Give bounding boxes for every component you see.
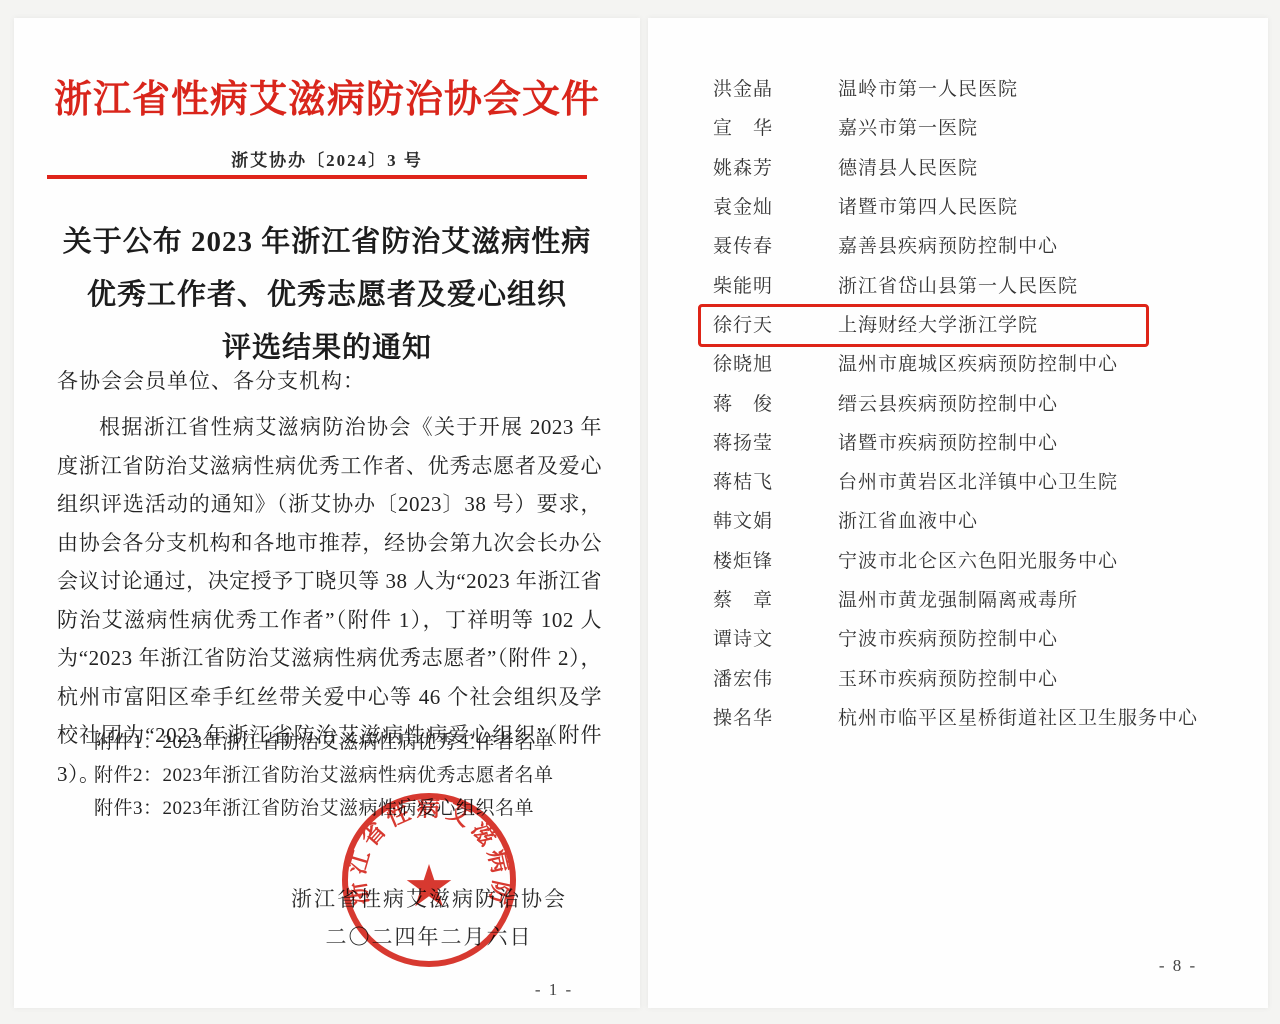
awardee-row: 徐行天 上海财经大学浙江学院 [648, 304, 1268, 343]
awardee-organization: 嘉善县疾病预防控制中心 [838, 231, 1058, 258]
awardee-row: 蔡 章 温州市黄龙强制隔离戒毒所 [648, 579, 1268, 618]
awardee-organization: 杭州市临平区星桥街道社区卫生服务中心 [838, 703, 1198, 730]
signature-block: 浙江省性病艾滋病防治协会 二〇二四年二月六日 [274, 880, 584, 956]
awardee-organization: 浙江省岱山县第一人民医院 [838, 271, 1078, 298]
page-number-right: - 8 - [1138, 956, 1218, 976]
awardee-organization: 宁波市北仑区六色阳光服务中心 [838, 546, 1118, 573]
awardee-name: 徐行天 [713, 310, 838, 337]
awardee-row: 蒋桔飞 台州市黄岩区北洋镇中心卫生院 [648, 461, 1268, 500]
document-title-line: 关于公布 2023 年浙江省防治艾滋病性病 [34, 216, 620, 269]
attachment-item: 附件2：2023年浙江省防治艾滋病性病优秀志愿者名单 [94, 759, 614, 792]
awardee-row: 韩文娟 浙江省血液中心 [648, 500, 1268, 539]
awardee-organization: 诸暨市第四人民医院 [838, 192, 1018, 219]
document-title-line: 优秀工作者、优秀志愿者及爱心组织 [34, 269, 620, 322]
awardee-organization: 温岭市第一人民医院 [838, 74, 1018, 101]
org-header-title: 浙江省性病艾滋病防治协会文件 [14, 68, 640, 123]
awardee-row: 蒋扬莹 诸暨市疾病预防控制中心 [648, 422, 1268, 461]
document-page-1: 浙江省性病艾滋病防治协会文件 浙艾协办〔2024〕3 号 关于公布 2023 年… [14, 18, 640, 1008]
awardee-row: 操名华 杭州市临平区星桥街道社区卫生服务中心 [648, 697, 1268, 736]
scanned-document-canvas: 浙江省性病艾滋病防治协会文件 浙艾协办〔2024〕3 号 关于公布 2023 年… [0, 0, 1280, 1024]
awardee-row: 潘宏伟 玉环市疾病预防控制中心 [648, 657, 1268, 696]
awardee-row: 宣 华 嘉兴市第一医院 [648, 107, 1268, 146]
awardee-name: 洪金晶 [713, 74, 838, 101]
awardee-row: 柴能明 浙江省岱山县第一人民医院 [648, 264, 1268, 303]
awardee-name: 蒋 俊 [713, 389, 838, 416]
awardee-name: 蒋扬莹 [713, 428, 838, 455]
attachment-item: 附件1：2023年浙江省防治艾滋病性病优秀工作者名单 [94, 726, 614, 759]
awardee-name: 蒋桔飞 [713, 467, 838, 494]
salutation: 各协会会员单位、各分支机构： [57, 365, 617, 395]
doc-number: 浙艾协办〔2024〕3 号 [14, 146, 640, 171]
awardee-row: 蒋 俊 缙云县疾病预防控制中心 [648, 382, 1268, 421]
awardee-row: 谭诗文 宁波市疾病预防控制中心 [648, 618, 1268, 657]
awardee-name: 楼炬锋 [713, 546, 838, 573]
awardee-name: 宣 华 [713, 113, 838, 140]
awardee-organization: 宁波市疾病预防控制中心 [838, 624, 1058, 651]
awardee-list: 洪金晶 温岭市第一人民医院 宣 华 嘉兴市第一医院 姚森芳 德清县人民医院 袁金… [648, 68, 1268, 736]
awardee-organization: 上海财经大学浙江学院 [838, 310, 1038, 337]
awardee-name: 蔡 章 [713, 585, 838, 612]
awardee-row: 聂传春 嘉善县疾病预防控制中心 [648, 225, 1268, 264]
awardee-organization: 台州市黄岩区北洋镇中心卫生院 [838, 467, 1118, 494]
awardee-name: 潘宏伟 [713, 664, 838, 691]
awardee-name: 聂传春 [713, 231, 838, 258]
red-divider-rule [47, 175, 587, 179]
document-page-8: 洪金晶 温岭市第一人民医院 宣 华 嘉兴市第一医院 姚森芳 德清县人民医院 袁金… [648, 18, 1268, 1008]
document-title: 关于公布 2023 年浙江省防治艾滋病性病 优秀工作者、优秀志愿者及爱心组织 评… [34, 216, 620, 375]
attachment-item: 附件3：2023年浙江省防治艾滋病性病爱心组织名单 [94, 792, 614, 825]
signature-org: 浙江省性病艾滋病防治协会 [274, 880, 584, 918]
awardee-name: 徐晓旭 [713, 349, 838, 376]
awardee-organization: 诸暨市疾病预防控制中心 [838, 428, 1058, 455]
awardee-row: 袁金灿 诸暨市第四人民医院 [648, 186, 1268, 225]
awardee-name: 姚森芳 [713, 153, 838, 180]
awardee-organization: 德清县人民医院 [838, 153, 978, 180]
awardee-row: 姚森芳 德清县人民医院 [648, 147, 1268, 186]
awardee-organization: 温州市鹿城区疾病预防控制中心 [838, 349, 1118, 376]
awardee-organization: 温州市黄龙强制隔离戒毒所 [838, 585, 1078, 612]
awardee-row: 楼炬锋 宁波市北仑区六色阳光服务中心 [648, 540, 1268, 579]
awardee-name: 谭诗文 [713, 624, 838, 651]
awardee-organization: 浙江省血液中心 [838, 506, 978, 533]
awardee-organization: 玉环市疾病预防控制中心 [838, 664, 1058, 691]
awardee-organization: 嘉兴市第一医院 [838, 113, 978, 140]
awardee-organization: 缙云县疾病预防控制中心 [838, 389, 1058, 416]
awardee-row: 洪金晶 温岭市第一人民医院 [648, 68, 1268, 107]
awardee-name: 袁金灿 [713, 192, 838, 219]
awardee-row: 徐晓旭 温州市鹿城区疾病预防控制中心 [648, 343, 1268, 382]
attachment-list: 附件1：2023年浙江省防治艾滋病性病优秀工作者名单 附件2：2023年浙江省防… [94, 726, 614, 825]
awardee-name: 韩文娟 [713, 506, 838, 533]
awardee-name: 柴能明 [713, 271, 838, 298]
awardee-name: 操名华 [713, 703, 838, 730]
page-number-left: - 1 - [514, 980, 594, 1000]
signature-date: 二〇二四年二月六日 [274, 918, 584, 956]
